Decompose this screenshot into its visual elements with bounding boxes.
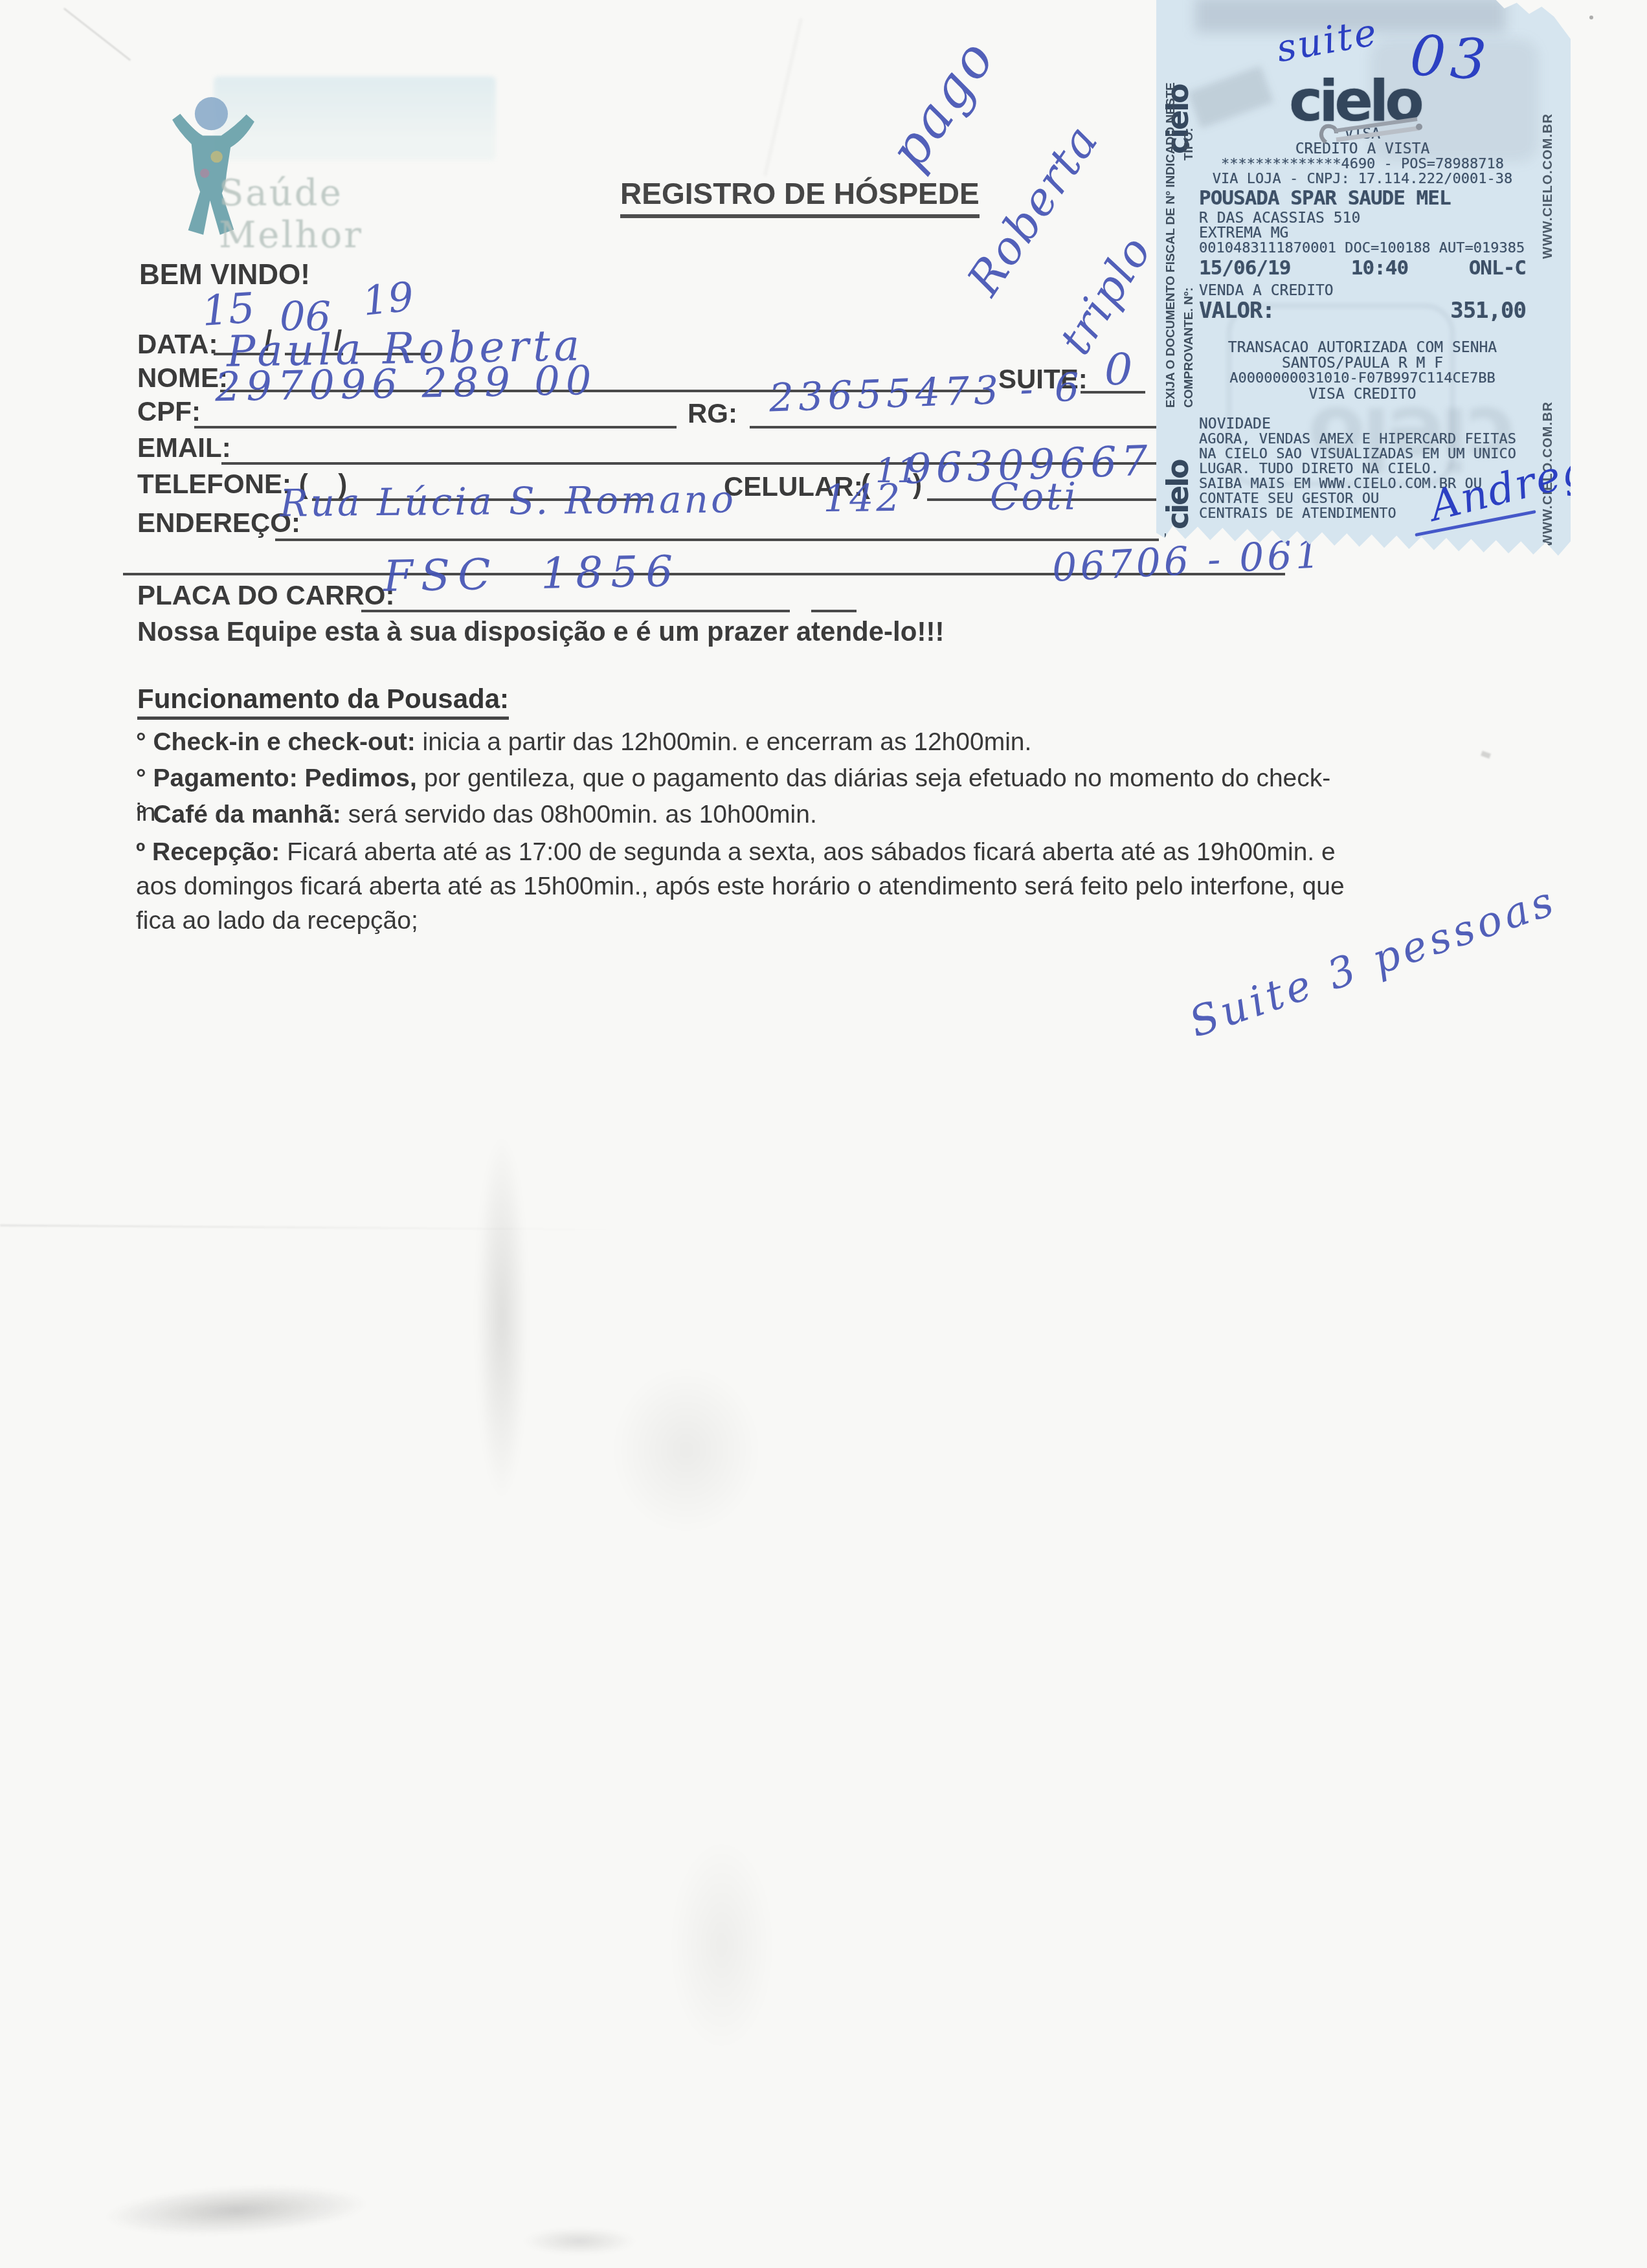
field-line-placa-extra bbox=[811, 584, 857, 612]
cielo-receipt: cielo cielo EXIJA O DOCUMENTO FISCAL DE … bbox=[1156, 0, 1571, 558]
paper-smudge bbox=[670, 1838, 774, 2052]
handwriting-roberta: Roberta bbox=[957, 115, 1109, 305]
paper-smudge bbox=[612, 1366, 761, 1534]
logo-brand-text: Saúde Melhor bbox=[219, 172, 363, 256]
receipt-aid: A0000000031010-F07B997C114CE7BB bbox=[1199, 370, 1526, 386]
receipt-date: 15/06/19 bbox=[1199, 256, 1290, 280]
crease-mark bbox=[764, 18, 802, 176]
safety-pin-icon bbox=[1317, 111, 1424, 160]
receipt-time: 10:40 bbox=[1351, 256, 1408, 280]
receipt-line-city: EXTREMA MG bbox=[1199, 225, 1526, 241]
rule-pagamento-lead: ° Pagamento: Pedimos, bbox=[136, 764, 417, 792]
receipt-line-doc: 0010483111870001 DOC=100188 AUT=019385 bbox=[1199, 240, 1526, 256]
receipt-auth-line: TRANSACAO AUTORIZADA COM SENHA bbox=[1199, 339, 1526, 356]
receipt-info-line: AGORA, VENDAS AMEX E HIPERCARD FEITAS bbox=[1199, 431, 1526, 447]
receipt-valor-row: VALOR: 351,00 bbox=[1199, 298, 1526, 324]
receipt-visa-credito: VISA CREDITO bbox=[1199, 386, 1526, 403]
paper-speck bbox=[1589, 16, 1593, 19]
receipt-side-tipo-text: TIPO: bbox=[1182, 128, 1196, 161]
field-label-cpf: CPF: bbox=[137, 396, 201, 427]
field-label-email: EMAIL: bbox=[137, 432, 231, 463]
paper-smudge bbox=[518, 2227, 641, 2256]
rule-recepcao-rest: Ficará aberta até as 17:00 de segunda a … bbox=[136, 838, 1345, 935]
crease-mark bbox=[63, 8, 131, 61]
rule-cafe: ° Café da manhã: será servido das 08h00m… bbox=[136, 797, 1353, 832]
handwriting-cpf: 297096 289 00 bbox=[214, 357, 598, 410]
tagline-text: Nossa Equipe esta à sua disposição e é u… bbox=[137, 616, 944, 647]
rules-heading: Funcionamento da Pousada: bbox=[137, 684, 509, 720]
receipt-side-logo-bottom: cielo bbox=[1160, 460, 1195, 529]
receipt-venda-line: VENDA A CREDITO bbox=[1199, 282, 1526, 299]
receipt-valor-label: VALOR: bbox=[1199, 298, 1275, 324]
handwriting-date-year: 19 bbox=[360, 272, 416, 325]
receipt-info-novidade: NOVIDADE bbox=[1199, 416, 1526, 432]
rule-checkin: ° Check-in e check-out: inicia a partir … bbox=[136, 725, 1353, 759]
receipt-side-exija-text: EXIJA O DOCUMENTO FISCAL DE Nº INDICADO … bbox=[1164, 82, 1178, 408]
rule-checkin-rest: inicia a partir das 12h00min. e encerram… bbox=[416, 728, 1032, 756]
rule-cafe-lead: ° Café da manhã: bbox=[136, 801, 341, 828]
receipt-side-comprovante-text: COMPROVANTE. Nº: bbox=[1182, 287, 1196, 408]
handwriting-triplo: triplo bbox=[1050, 227, 1162, 364]
handwriting-suite: 0 bbox=[1104, 344, 1132, 395]
rule-cafe-rest: será servido das 08h00min. as 10h00min. bbox=[341, 801, 817, 828]
paper-smudge bbox=[476, 1133, 528, 1502]
receipt-status: ONL-C bbox=[1469, 256, 1526, 280]
scanned-guest-registration-form: Saúde Melhor REGISTRO DE HÓSPEDE pago Ro… bbox=[0, 0, 1647, 2268]
receipt-date-row: 15/06/19 10:40 ONL-C bbox=[1199, 256, 1526, 280]
handwriting-pago: pago bbox=[877, 28, 1007, 180]
field-label-rg: RG: bbox=[688, 398, 737, 429]
handwriting-receipt-number: 03 bbox=[1408, 23, 1494, 94]
field-label-placa: PLACA DO CARRO: bbox=[137, 580, 394, 611]
paper-speck bbox=[1481, 751, 1491, 759]
rule-checkin-lead: ° Check-in e check-out: bbox=[136, 728, 416, 756]
receipt-info-line: NA CIELO SAO VISUALIZADAS EM UM UNICO bbox=[1199, 446, 1526, 462]
receipt-cardholder: SANTOS/PAULA R M F bbox=[1199, 355, 1526, 372]
handwriting-receipt-suite: suite bbox=[1273, 10, 1382, 71]
receipt-valor-value: 351,00 bbox=[1450, 298, 1526, 324]
rule-recepcao: º Recepção: Ficará aberta até as 17:00 d… bbox=[136, 835, 1353, 938]
receipt-side-url-top: WWW.CIELO.COM.BR bbox=[1541, 113, 1556, 259]
page-title: REGISTRO DE HÓSPEDE bbox=[620, 176, 980, 218]
receipt-ghost-blob bbox=[1187, 65, 1273, 128]
rule-recepcao-lead: º Recepção: bbox=[136, 838, 280, 866]
handwriting-placa: FSC 1856 bbox=[383, 546, 681, 601]
receipt-line-merchant: POUSADA SPAR SAUDE MEL bbox=[1199, 186, 1526, 210]
receipt-line-cnpj: VIA LOJA - CNPJ: 17.114.222/0001-38 bbox=[1199, 171, 1526, 187]
paper-smudge bbox=[93, 2177, 380, 2244]
paper-fold-line bbox=[0, 1225, 622, 1231]
handwriting-endereco: Rua Lúcia S. Romano 142 Coti bbox=[280, 474, 1079, 526]
